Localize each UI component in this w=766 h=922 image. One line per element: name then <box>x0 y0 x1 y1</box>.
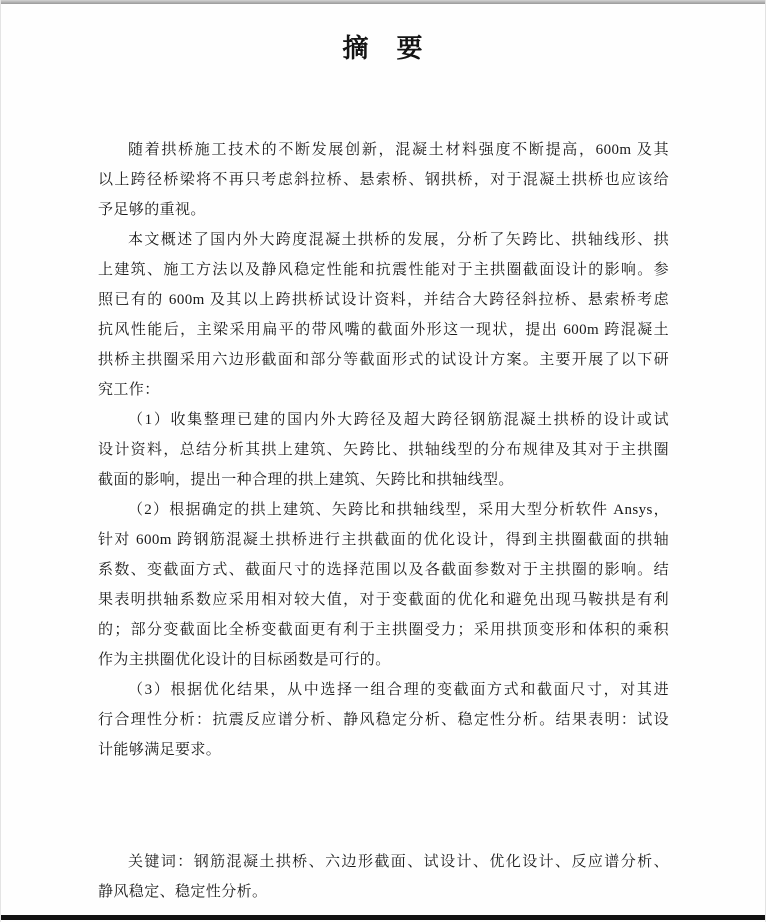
text-line: 计能够满足要求。 <box>98 735 669 765</box>
scan-artifact-top <box>1 0 765 4</box>
text-line: 随着拱桥施工技术的不断发展创新，混凝土材料强度不断提高，600m 及其 <box>98 135 669 165</box>
text-line: 究工作： <box>98 375 669 405</box>
keywords-line: 关键词：钢筋混凝土拱桥、六边形截面、试设计、优化设计、反应谱分析、 <box>98 847 669 877</box>
text-line: 设计资料，总结分析其拱上建筑、矢跨比、拱轴线型的分布规律及其对于主拱圈 <box>98 435 669 465</box>
paragraph-item-3: （3）根据优化结果，从中选择一组合理的变截面方式和截面尺寸，对其进 行合理性分析… <box>98 675 669 765</box>
text-line: 以上跨径桥梁将不再只考虑斜拉桥、悬索桥、钢拱桥，对于混凝土拱桥也应该给 <box>98 165 669 195</box>
text-line: 上建筑、施工方法以及静风稳定性能和抗震性能对于主拱圈截面设计的影响。参 <box>98 255 669 285</box>
text-line: 针对 600m 跨钢筋混凝土拱桥进行主拱截面的优化设计，得到主拱圈截面的拱轴 <box>98 525 669 555</box>
abstract-title: 摘 要 <box>1 32 765 66</box>
text-line: （3）根据优化结果，从中选择一组合理的变截面方式和截面尺寸，对其进 <box>98 675 669 705</box>
abstract-body: 随着拱桥施工技术的不断发展创新，混凝土材料强度不断提高，600m 及其 以上跨径… <box>98 135 669 765</box>
text-line: 本文概述了国内外大跨度混凝土拱桥的发展，分析了矢跨比、拱轴线形、拱 <box>98 225 669 255</box>
keywords-line: 静风稳定、稳定性分析。 <box>98 877 669 907</box>
text-line: 照已有的 600m 及其以上跨拱桥试设计资料，并结合大跨径斜拉桥、悬索桥考虑 <box>98 285 669 315</box>
text-line: 作为主拱圈优化设计的目标函数是可行的。 <box>98 645 669 675</box>
text-line: 拱桥主拱圈采用六边形截面和部分等截面形式的试设计方案。主要开展了以下研 <box>98 345 669 375</box>
paragraph-overview: 本文概述了国内外大跨度混凝土拱桥的发展，分析了矢跨比、拱轴线形、拱 上建筑、施工… <box>98 225 669 405</box>
text-line: 果表明拱轴系数应采用相对较大值，对于变截面的优化和避免出现马鞍拱是有利 <box>98 585 669 615</box>
paragraph-item-2: （2）根据确定的拱上建筑、矢跨比和拱轴线型，采用大型分析软件 Ansys， 针对… <box>98 495 669 675</box>
keywords-paragraph: 关键词：钢筋混凝土拱桥、六边形截面、试设计、优化设计、反应谱分析、 静风稳定、稳… <box>98 847 669 907</box>
text-line: （1）收集整理已建的国内外大跨径及超大跨径钢筋混凝土拱桥的设计或试 <box>98 405 669 435</box>
text-line: 的；部分变截面比全桥变截面更有利于主拱圈受力；采用拱顶变形和体积的乘积 <box>98 615 669 645</box>
document-page: 摘 要 随着拱桥施工技术的不断发展创新，混凝土材料强度不断提高，600m 及其 … <box>0 0 766 922</box>
paragraph-intro: 随着拱桥施工技术的不断发展创新，混凝土材料强度不断提高，600m 及其 以上跨径… <box>98 135 669 225</box>
text-line: 行合理性分析：抗震反应谱分析、静风稳定分析、稳定性分析。结果表明：试设 <box>98 705 669 735</box>
text-line: 系数、变截面方式、截面尺寸的选择范围以及各截面参数对于主拱圈的影响。结 <box>98 555 669 585</box>
text-line: （2）根据确定的拱上建筑、矢跨比和拱轴线型，采用大型分析软件 Ansys， <box>98 495 669 525</box>
text-line: 抗风性能后，主梁采用扁平的带风嘴的截面外形这一现状，提出 600m 跨混凝土 <box>98 315 669 345</box>
text-line: 截面的影响，提出一种合理的拱上建筑、矢跨比和拱轴线型。 <box>98 465 669 495</box>
paragraph-item-1: （1）收集整理已建的国内外大跨径及超大跨径钢筋混凝土拱桥的设计或试 设计资料，总… <box>98 405 669 495</box>
scan-artifact-bottom <box>1 915 765 920</box>
text-line: 予足够的重视。 <box>98 195 669 225</box>
